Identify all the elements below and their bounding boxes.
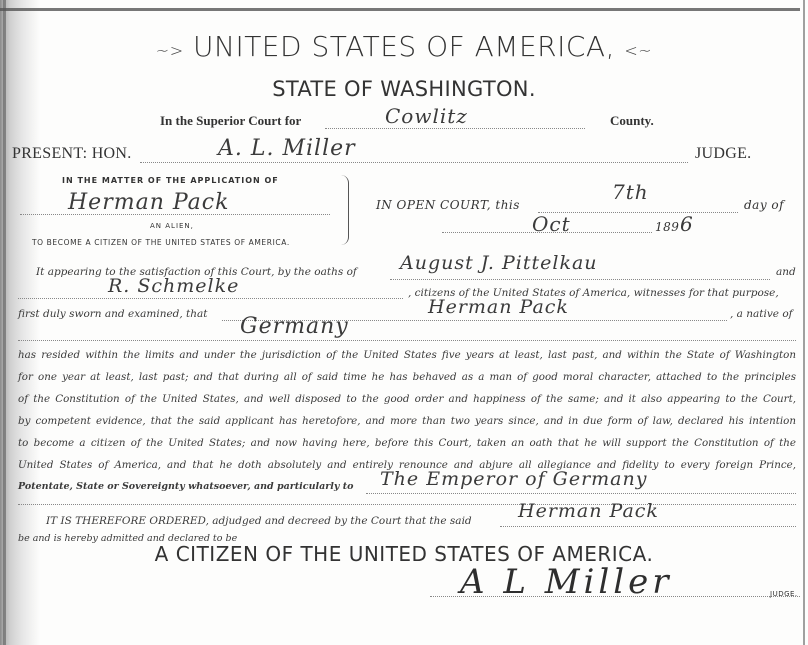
witness-line1-suffix: and: [776, 266, 796, 278]
body-line: has resided within the limits and under …: [18, 349, 796, 361]
matter-purpose: TO BECOME A CITIZEN OF THE UNITED STATES…: [32, 238, 290, 247]
subheading: STATE OF WASHINGTON.: [0, 77, 808, 101]
year-prefix: 189: [655, 220, 679, 234]
alien-label: AN ALIEN,: [150, 222, 194, 230]
court-line-suffix: County.: [610, 113, 654, 129]
witness2-field-line: [18, 298, 403, 299]
sovereign-handwritten: The Emperor of Germany: [380, 468, 647, 490]
judge-signature-handwritten: A L Miller: [460, 562, 673, 602]
month-handwritten: Oct: [532, 212, 571, 236]
native-of-handwritten: Germany: [240, 314, 349, 339]
body-line: to become a citizen of the United States…: [18, 437, 796, 449]
matter-title: IN THE MATTER OF THE APPLICATION OF: [62, 176, 279, 185]
order-prefix: IT IS THEREFORE ORDERED, adjudged and de…: [46, 515, 472, 527]
witness-line3-suffix: , a native of: [730, 308, 793, 320]
native-of-field-line: [18, 340, 796, 341]
applicant-name-handwritten: Herman Pack: [68, 190, 229, 215]
open-court-prefix: IN OPEN COURT, this: [376, 198, 520, 212]
witness1-handwritten: August J. Pittelkau: [400, 252, 598, 274]
witness2-handwritten: R. Schmelke: [108, 275, 239, 297]
citizenship-declaration: A CITIZEN OF THE UNITED STATES OF AMERIC…: [0, 542, 808, 566]
court-line-prefix: In the Superior Court for: [160, 113, 301, 129]
top-border-rule: [0, 8, 800, 11]
witness1-field-line: [390, 279, 770, 280]
heading-text: UNITED STATES OF AMERICA,: [193, 30, 615, 63]
body-line: of the Constitution of the United States…: [18, 393, 796, 405]
sovereign-field-line: [366, 493, 796, 494]
allegiance-prefix: Potentate, State or Sovereignty whatsoev…: [18, 481, 353, 492]
body-line: by competent evidence, that the said app…: [18, 415, 796, 427]
county-handwritten: Cowlitz: [385, 104, 468, 128]
witness-line3-prefix: first duly sworn and examined, that: [18, 308, 208, 320]
blank-field-line: [18, 504, 796, 505]
judge-label: JUDGE.: [695, 145, 751, 163]
signature-judge-label: JUDGE.: [770, 590, 798, 598]
order-applicant-handwritten: Herman Pack: [518, 500, 659, 522]
matter-brace: [340, 175, 349, 245]
present-hon-label: PRESENT: HON.: [12, 145, 132, 163]
naturalization-certificate: ~> UNITED STATES OF AMERICA, <~ STATE OF…: [0, 0, 808, 645]
judge-field-line: [140, 162, 688, 163]
judge-name-handwritten: A. L. Miller: [218, 136, 356, 161]
right-ornament-icon: <~: [624, 41, 652, 60]
county-field-line: [325, 128, 585, 129]
body-line: for one year at least, last past; and th…: [18, 371, 796, 383]
left-ornament-icon: ~>: [156, 41, 184, 60]
year-digit-handwritten: 6: [680, 212, 694, 236]
day-handwritten: 7th: [612, 180, 649, 204]
heading: ~> UNITED STATES OF AMERICA, <~: [0, 30, 808, 63]
order-applicant-field-line: [500, 526, 796, 527]
applicant2-handwritten: Herman Pack: [428, 296, 569, 318]
day-of-label: day of: [744, 198, 784, 212]
